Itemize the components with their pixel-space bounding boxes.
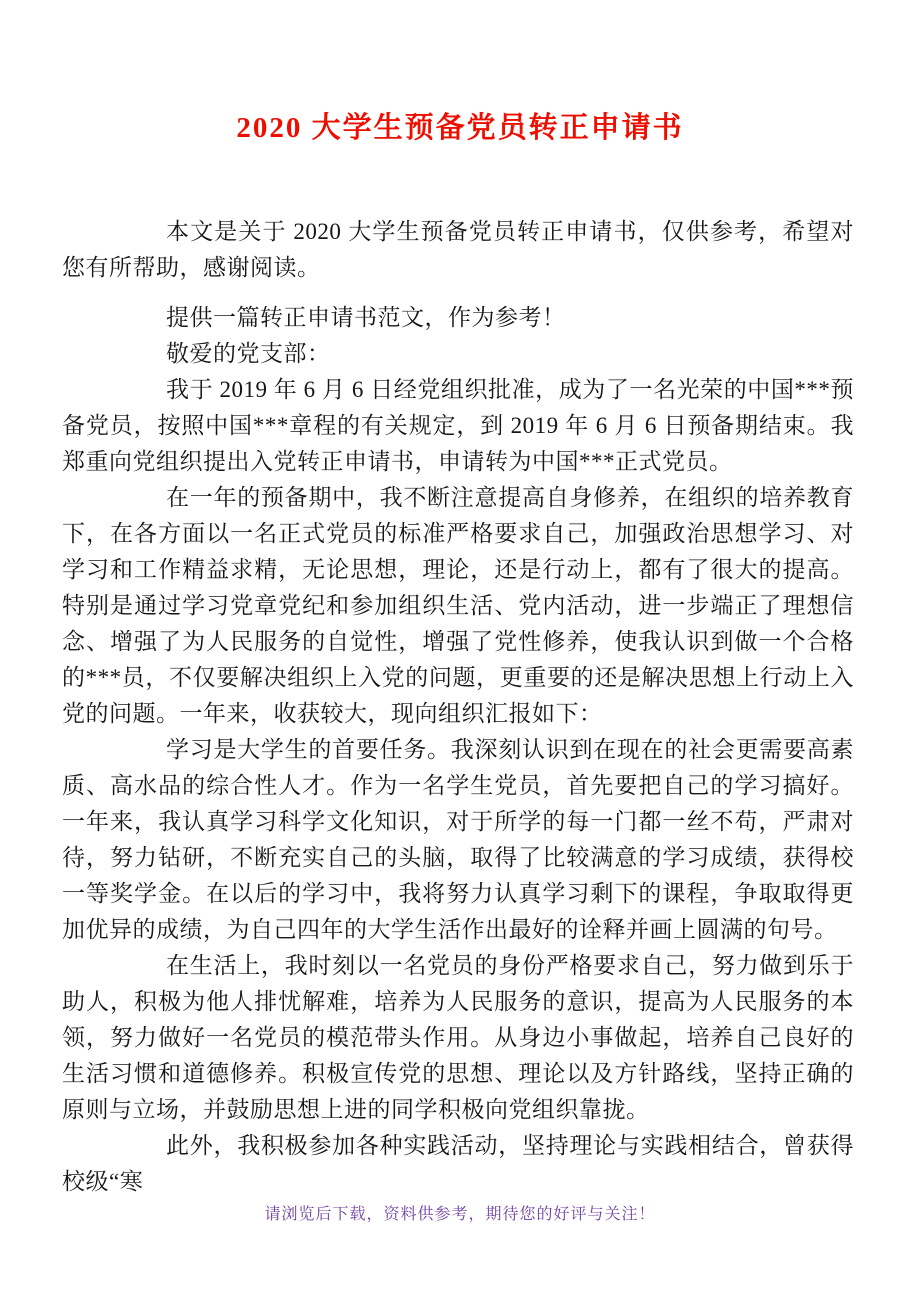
- paragraph-study: 学习是大学生的首要任务。我深刻认识到在现在的社会更需要高素质、高水品的综合性人才…: [62, 732, 854, 948]
- paragraph-salutation: 敬爱的党支部：: [62, 336, 854, 372]
- paragraph-intro: 本文是关于 2020 大学生预备党员转正申请书，仅供参考，希望对您有所帮助，感谢…: [62, 214, 854, 286]
- paragraph-practice: 此外，我积极参加各种实践活动，坚持理论与实践相结合，曾获得校级“寒: [62, 1128, 854, 1200]
- paragraph-application: 我于 2019 年 6 月 6 日经党组织批准，成为了一名光荣的中国***预备党…: [62, 372, 854, 480]
- paragraph-provide: 提供一篇转正申请书范文，作为参考！: [62, 300, 854, 336]
- footer-note: 请浏览后下载，资料供参考，期待您的好评与关注！: [0, 1204, 920, 1226]
- document-body: 本文是关于 2020 大学生预备党员转正申请书，仅供参考，希望对您有所帮助，感谢…: [0, 214, 920, 1200]
- paragraph-life: 在生活上，我时刻以一名党员的身份严格要求自己，努力做到乐于助人，积极为他人排忧解…: [62, 948, 854, 1128]
- document-page: 2020 大学生预备党员转正申请书 本文是关于 2020 大学生预备党员转正申请…: [0, 0, 920, 1302]
- document-title: 2020 大学生预备党员转正申请书: [0, 0, 920, 150]
- paragraph-probation-summary: 在一年的预备期中，我不断注意提高自身修养，在组织的培养教育下，在各方面以一名正式…: [62, 480, 854, 732]
